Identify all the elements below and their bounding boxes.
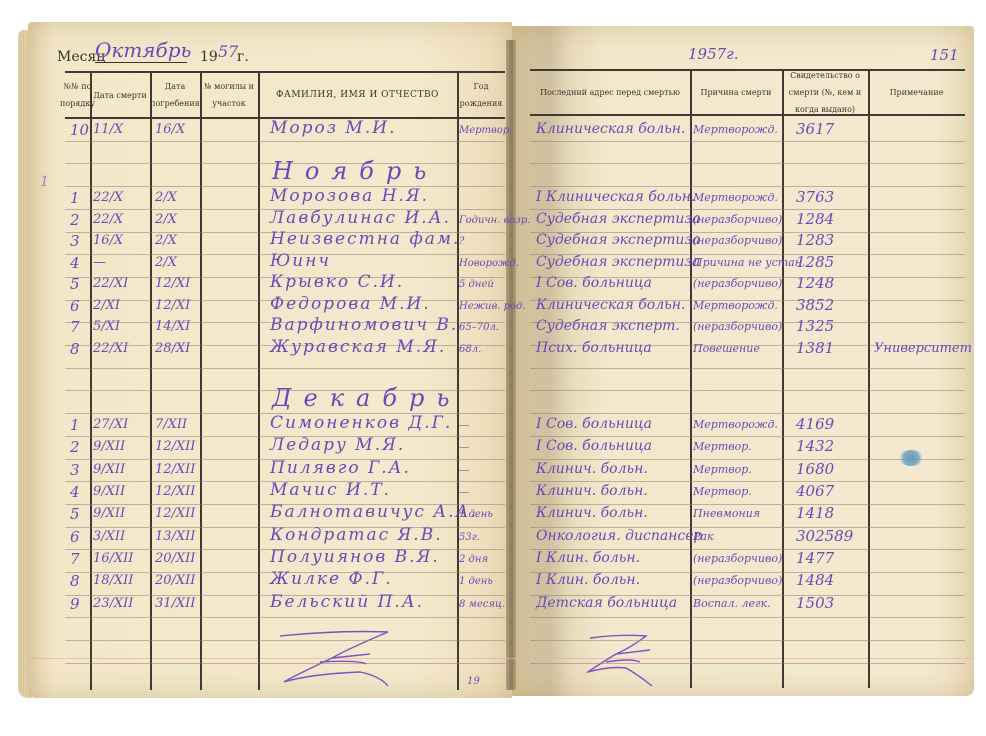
burial-date: 16/X <box>155 122 185 138</box>
death-date: 9/XII <box>93 506 125 522</box>
column-header: Причина смерти <box>690 71 782 114</box>
full-name: Балнотавичус А.А. <box>270 504 478 520</box>
ruled-line <box>530 663 965 664</box>
full-name: Лавбулинас И.А. <box>270 210 451 226</box>
last-address: I Сов. больница <box>536 438 652 454</box>
burial-date: 2/X <box>155 212 177 228</box>
cause-of-death: Мертвор. <box>693 439 752 455</box>
burial-date: 12/XII <box>155 484 195 500</box>
death-certificate: 1484 <box>796 572 834 588</box>
row-number: 7 <box>70 551 80 567</box>
cause-of-death: Мертворожд. <box>693 122 778 138</box>
burial-date: 12/XII <box>155 439 195 455</box>
burial-date: 12/XI <box>155 276 190 292</box>
last-address: Клинич. больн. <box>536 461 648 477</box>
full-name: Федорова М.И. <box>270 296 431 312</box>
last-address: Клинич. больн. <box>536 483 648 499</box>
signature-left <box>270 628 430 688</box>
ruled-line <box>530 640 965 641</box>
death-certificate: 1680 <box>796 461 834 477</box>
ruled-line <box>530 413 965 414</box>
full-name: Бельский П.А. <box>270 594 424 610</box>
full-name: Журавская М.Я. <box>270 339 446 355</box>
last-address: Клиническая больн. <box>536 297 685 313</box>
cause-of-death: (неразборчиво) <box>693 233 782 249</box>
death-date: 18/XII <box>93 573 133 589</box>
note: Университет <box>874 341 972 357</box>
margin-rule <box>28 658 974 659</box>
column-header: ФАМИЛИЯ, ИМЯ И ОТЧЕСТВО <box>258 73 457 117</box>
page-number: 151 <box>930 46 959 64</box>
cause-of-death: (неразборчиво) <box>693 573 782 589</box>
death-certificate: 1381 <box>796 340 834 356</box>
birth-year: 8 месяц. <box>459 597 505 613</box>
birth-year: — <box>459 418 469 434</box>
cause-of-death: Повешение <box>693 341 760 357</box>
full-name: Кондратас Я.В. <box>270 527 443 543</box>
last-address: Судебная экспертиза <box>536 211 700 227</box>
birth-year: 53г. <box>459 530 480 546</box>
open-ledger: Месяц Октябрь 19 57 г. 1957г. 151 19 1 №… <box>0 0 986 736</box>
birth-year: — <box>459 463 469 479</box>
right-year-note: 1957г. <box>688 45 739 63</box>
ruled-line <box>65 368 505 369</box>
death-date: 16/XII <box>93 551 133 567</box>
last-address: I Клин. больн. <box>536 550 640 566</box>
last-address: I Клин. больн. <box>536 572 640 588</box>
ruled-line <box>530 163 965 164</box>
burial-date: 12/XI <box>155 298 190 314</box>
last-address: Псих. больница <box>536 340 652 356</box>
ruled-line <box>530 459 965 460</box>
row-number: 4 <box>70 255 80 271</box>
cause-of-death: Мертворожд. <box>693 298 778 314</box>
death-certificate: 3763 <box>796 189 834 205</box>
death-certificate: 4169 <box>796 416 834 432</box>
burial-date: 2/X <box>155 255 177 271</box>
row-number: 1 <box>70 190 80 206</box>
burial-date: 20/XII <box>155 551 195 567</box>
full-name: Полуиянов В.Я. <box>270 549 440 565</box>
burial-date: 2/X <box>155 233 177 249</box>
cause-of-death: (неразборчиво) <box>693 319 782 335</box>
burial-date: 12/XII <box>155 462 195 478</box>
row-number: 8 <box>70 573 80 589</box>
ruled-line <box>530 617 965 618</box>
burial-date: 13/XII <box>155 529 195 545</box>
death-certificate: 1503 <box>796 595 834 611</box>
death-date: 22/X <box>93 212 123 228</box>
column-header: Примечание <box>868 71 965 114</box>
death-date: 22/XI <box>93 276 128 292</box>
stray-mark: 1 <box>40 174 49 190</box>
death-certificate: 1284 <box>796 211 834 227</box>
footer-number: 19 <box>467 676 480 687</box>
column-header: № могилы и участок <box>200 73 258 117</box>
full-name: Юинч <box>270 253 331 269</box>
row-number: 7 <box>70 319 80 335</box>
death-date: 9/XII <box>93 462 125 478</box>
ruled-line <box>65 640 505 641</box>
burial-date: 28/XI <box>155 341 190 357</box>
cause-of-death: Мертвор. <box>693 462 752 478</box>
row-number: 3 <box>70 462 80 478</box>
death-certificate: 4067 <box>796 483 834 499</box>
death-date: 9/XII <box>93 439 125 455</box>
death-certificate: 1477 <box>796 550 834 566</box>
birth-year: 1 день <box>459 507 493 523</box>
birth-year: Годичн. возр. <box>459 213 530 229</box>
last-address: Онкология. диспансер <box>536 528 703 544</box>
column-header: Свидетельство о смерти (№, кем и когда в… <box>782 71 868 114</box>
cause-of-death: Рак <box>693 529 714 545</box>
death-certificate: 3617 <box>796 121 834 137</box>
last-address: Судебная экспертиза <box>536 254 700 270</box>
death-certificate: 1325 <box>796 318 834 334</box>
death-certificate: 1283 <box>796 232 834 248</box>
full-name: Крывко С.И. <box>270 274 404 290</box>
death-date: 23/XII <box>93 596 133 612</box>
full-name: Симоненков Д.Г. <box>270 415 452 431</box>
row-number: 1 <box>70 417 80 433</box>
row-number: 9 <box>70 596 80 612</box>
row-number: 8 <box>70 341 80 357</box>
last-address: I Клиническая больн. <box>536 189 695 205</box>
row-number: 2 <box>70 439 80 455</box>
row-number: 5 <box>70 276 80 292</box>
birth-year: — <box>459 440 469 456</box>
row-number: 2 <box>70 212 80 228</box>
full-name: Морозова Н.Я. <box>270 188 429 204</box>
ruled-line <box>530 436 965 437</box>
death-certificate: 1248 <box>796 275 834 291</box>
full-name: Неизвестна фам. <box>270 231 460 247</box>
birth-year: Новорожд. <box>459 256 519 272</box>
ruled-line <box>530 186 965 187</box>
year-prefix: 19 <box>200 49 218 65</box>
burial-date: 7/XII <box>155 417 187 433</box>
birth-year: 68л. <box>459 342 481 358</box>
birth-year: 1 день <box>459 574 493 590</box>
burial-date: 12/XII <box>155 506 195 522</box>
cause-of-death: (неразборчиво) <box>693 551 782 567</box>
ruled-line <box>530 141 965 142</box>
birth-year: — <box>459 485 469 501</box>
birth-year: ? <box>459 234 464 250</box>
birth-year: Мертвор. <box>459 123 512 139</box>
death-certificate: 1432 <box>796 438 834 454</box>
death-certificate: 1285 <box>796 254 834 270</box>
column-header: Дата смерти <box>90 73 150 117</box>
cause-of-death: (неразборчиво) <box>693 276 782 292</box>
death-date: 5/XI <box>93 319 120 335</box>
row-number: 4 <box>70 484 80 500</box>
year-suffix: 57 <box>218 42 238 61</box>
full-name: Жилке Ф.Г. <box>270 571 393 587</box>
cause-of-death: Воспал. легк. <box>693 596 771 612</box>
row-number: 10 <box>70 122 89 138</box>
death-date: 22/X <box>93 190 123 206</box>
ruled-line <box>65 141 505 142</box>
birth-year: 65–70л. <box>459 320 499 336</box>
signature-right <box>580 634 680 694</box>
month-value: Октябрь <box>95 38 187 63</box>
death-date: 9/XII <box>93 484 125 500</box>
death-date: 2/XI <box>93 298 120 314</box>
last-address: I Сов. больница <box>536 275 652 291</box>
ruled-line <box>65 617 505 618</box>
last-address: I Сов. больница <box>536 416 652 432</box>
full-name: Мороз М.И. <box>270 120 396 136</box>
full-name: Варфиномович В. <box>270 317 458 333</box>
burial-date: 31/XII <box>155 596 195 612</box>
row-number: 6 <box>70 529 80 545</box>
death-date: 16/X <box>93 233 123 249</box>
full-name: Ледару М.Я. <box>270 437 405 453</box>
ruled-line <box>530 390 965 391</box>
death-certificate: 1418 <box>796 505 834 521</box>
header-bottom-rule <box>530 114 965 116</box>
death-certificate: 3852 <box>796 297 834 313</box>
last-address: Судебная экспертиза <box>536 232 700 248</box>
cause-of-death: Причина не устан. <box>693 255 805 271</box>
birth-year: 5 дней <box>459 277 494 293</box>
month-heading: Ноябрь <box>272 163 438 179</box>
column-header: №№ по порядку <box>65 73 90 117</box>
ruled-line <box>530 368 965 369</box>
column-header: Дата погребения <box>150 73 200 117</box>
death-certificate: 302589 <box>796 528 853 544</box>
death-date: 3/XII <box>93 529 125 545</box>
burial-date: 20/XII <box>155 573 195 589</box>
row-number: 5 <box>70 506 80 522</box>
death-date: 22/XI <box>93 341 128 357</box>
last-address: Клинич. больн. <box>536 505 648 521</box>
full-name: Пилявго Г.А. <box>270 460 411 476</box>
cause-of-death: Мертвор. <box>693 484 752 500</box>
last-address: Детская больница <box>536 595 677 611</box>
column-header: Последний адрес перед смертью <box>530 71 690 114</box>
full-name: Мачис И.Т. <box>270 482 391 498</box>
burial-date: 2/X <box>155 190 177 206</box>
death-date: — <box>93 255 106 271</box>
month-heading: Декабрь <box>272 390 461 406</box>
birth-year: Нежив. род. <box>459 299 526 315</box>
death-date: 27/XI <box>93 417 128 433</box>
death-date: 11/X <box>93 122 123 138</box>
row-number: 6 <box>70 298 80 314</box>
last-address: Клиническая больн. <box>536 121 685 137</box>
cause-of-death: Пневмония <box>693 506 760 522</box>
birth-year: 2 дня <box>459 552 488 568</box>
row-number: 3 <box>70 233 80 249</box>
cause-of-death: Мертворожд. <box>693 190 778 206</box>
ruled-line <box>65 663 505 664</box>
year-unit: г. <box>237 49 249 65</box>
last-address: Судебная эксперт. <box>536 318 680 334</box>
column-header: Год рождения <box>457 73 505 117</box>
cause-of-death: (неразборчиво) <box>693 212 782 228</box>
cause-of-death: Мертворожд. <box>693 417 778 433</box>
burial-date: 14/XI <box>155 319 190 335</box>
